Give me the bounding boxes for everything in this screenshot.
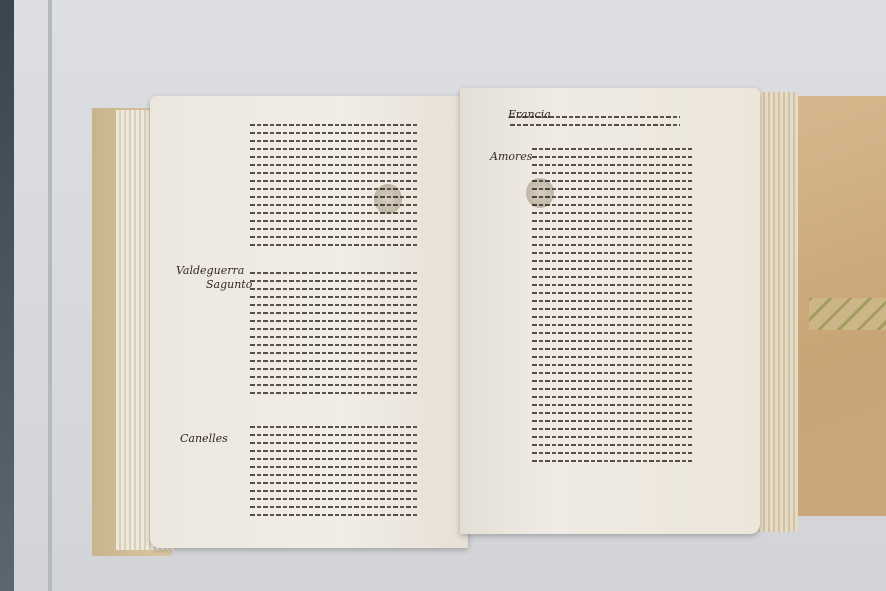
cover-band xyxy=(809,298,886,330)
text-block-main xyxy=(532,142,692,468)
display-frame-line xyxy=(48,0,52,591)
display-frame-edge xyxy=(0,0,14,591)
right-page: Francia Amores xyxy=(460,88,760,534)
margin-note: Amores xyxy=(490,150,532,163)
text-block-header xyxy=(510,110,680,132)
margin-note: Sagunto xyxy=(206,278,252,291)
text-block-1 xyxy=(250,118,418,252)
margin-note: Valdeguerra xyxy=(176,264,244,277)
margin-note: Canelles xyxy=(180,432,228,445)
left-page: Valdeguerra Sagunto Canelles xyxy=(150,96,468,548)
text-block-2 xyxy=(250,266,418,400)
text-block-3 xyxy=(250,420,418,522)
